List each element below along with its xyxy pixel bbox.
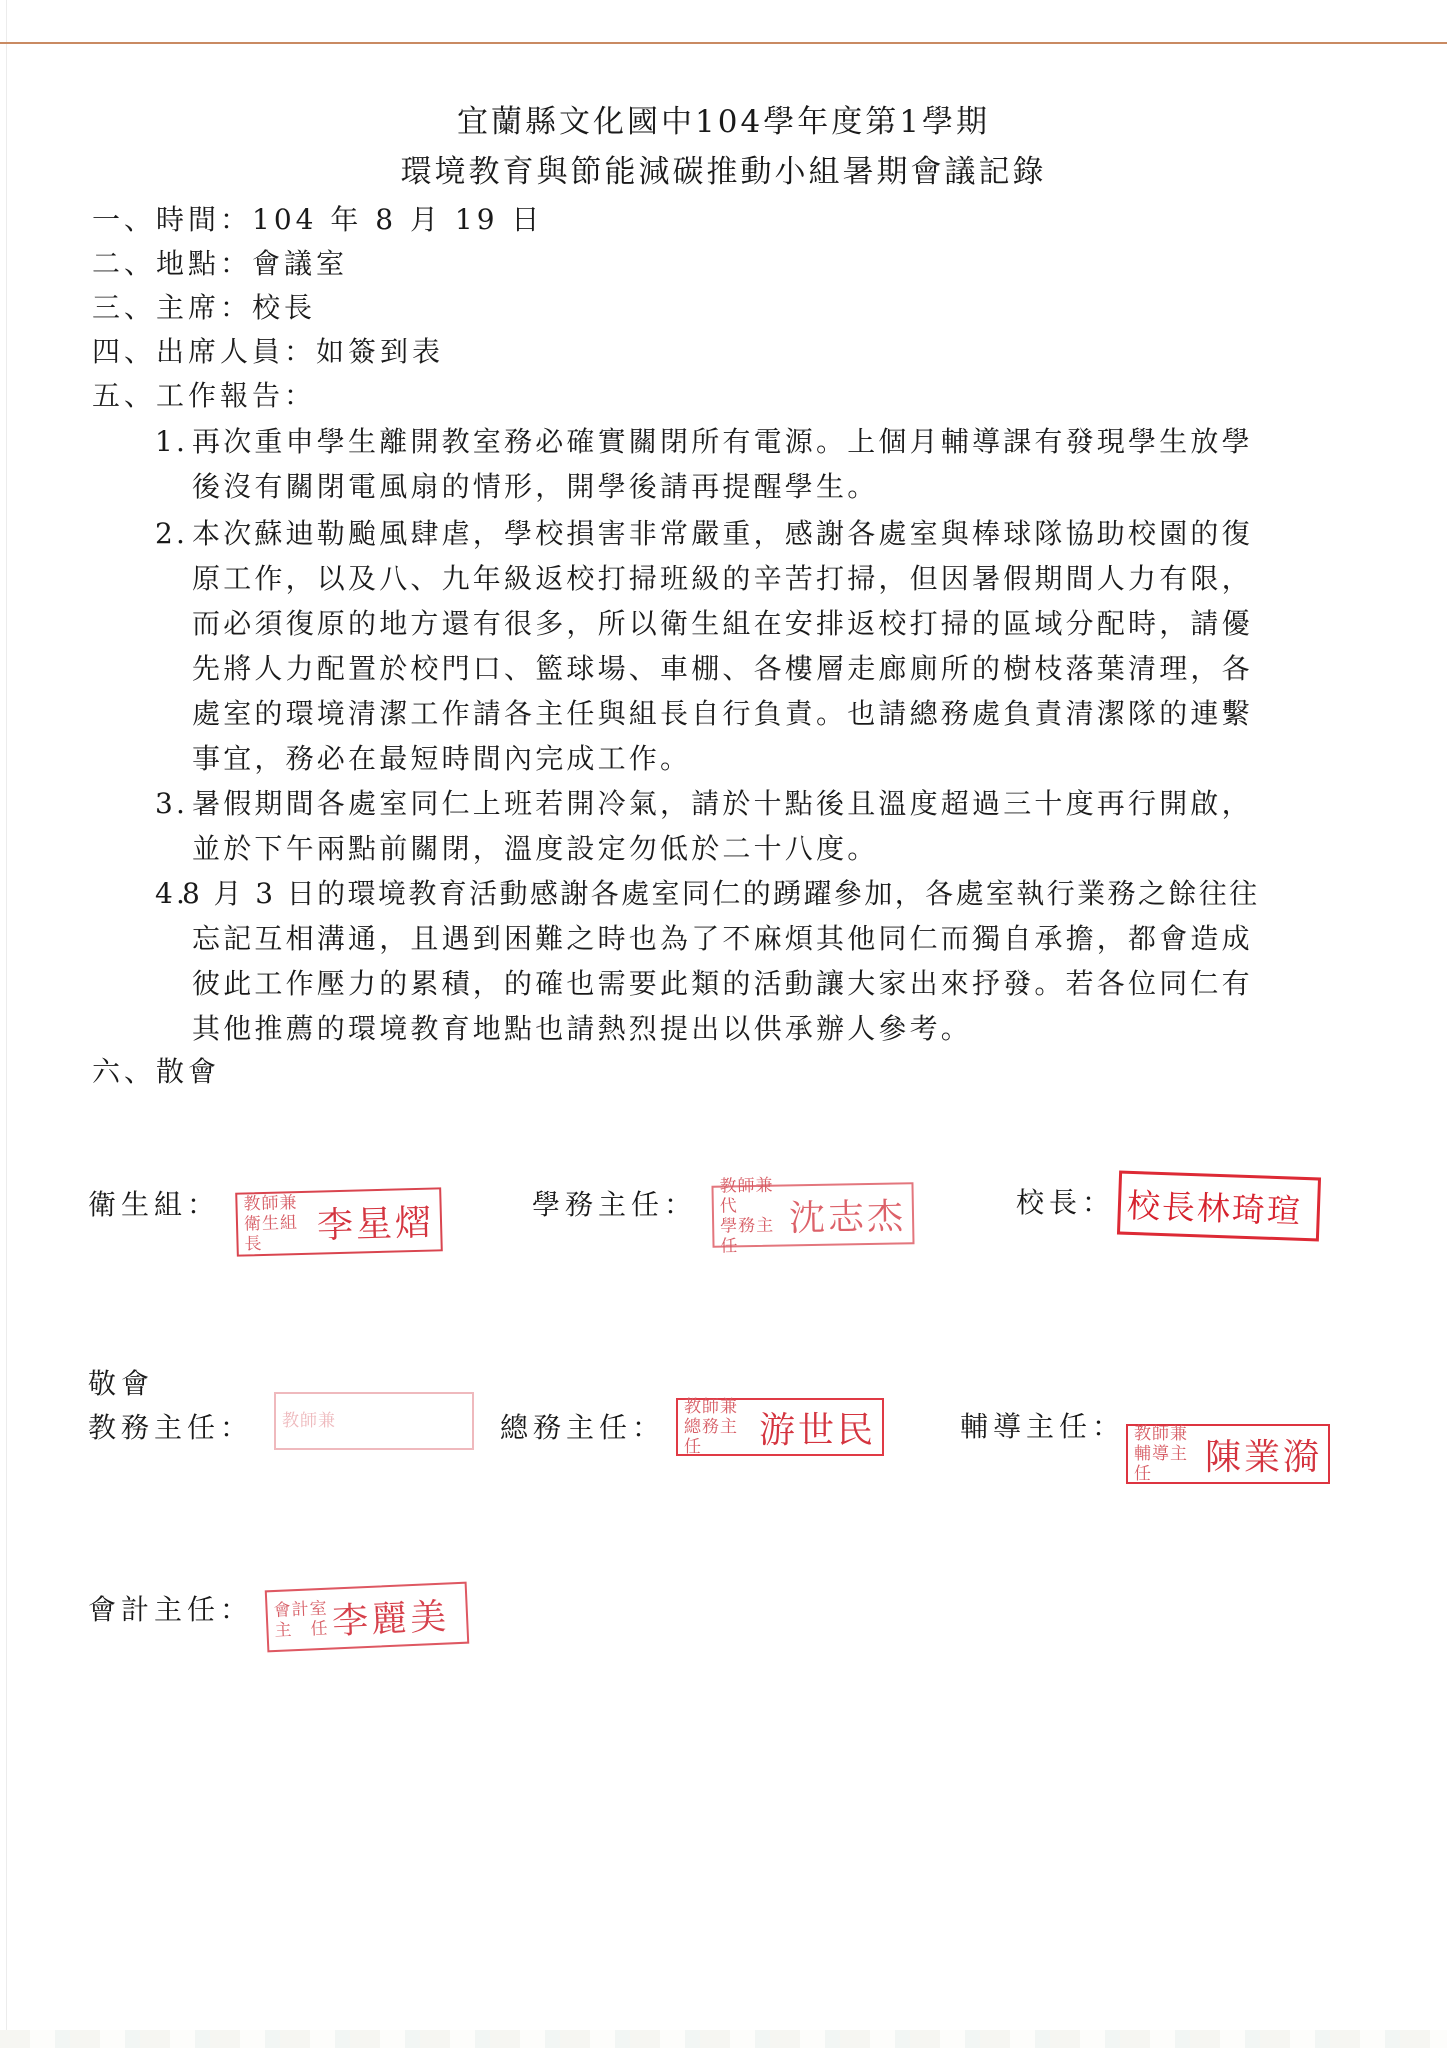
meta-value: 如簽到表 xyxy=(316,335,444,368)
meta-work-report: 五、工作報告： xyxy=(92,376,316,416)
meta-label: 三、主席： xyxy=(92,291,252,324)
stamp-title-line: 會計室 xyxy=(273,1599,328,1621)
stamp-name: 沈志杰 xyxy=(789,1188,907,1241)
stamp-academic-affairs: 教師兼 xyxy=(274,1392,474,1450)
meta-label: 一、時間： xyxy=(92,203,252,236)
sig-label-student-affairs: 學務主任： xyxy=(532,1185,697,1225)
meta-value: 校長 xyxy=(252,291,316,324)
item-number: 1. xyxy=(155,419,188,464)
meta-time: 一、時間：104 年 8 月 19 日 xyxy=(92,200,543,240)
item-line: 先將人力配置於校門口、籃球場、車棚、各樓層走廊廁所的樹枝落葉清理，各 xyxy=(192,646,1253,691)
stamp-title-line: 教師兼代 xyxy=(719,1175,785,1216)
stamp-name: 李星熠 xyxy=(316,1194,434,1248)
stamp-general-affairs: 教師兼 總務主任 游世民 xyxy=(676,1398,884,1456)
item-line: 彼此工作壓力的累積，的確也需要此類的活動讓大家出來抒發。若各位同仁有 xyxy=(192,961,1253,1006)
item-line: 處室的環境清潔工作請各主任與組長自行負責。也請總務處負責清潔隊的連繫 xyxy=(192,691,1253,736)
stamp-title-line: 教師兼 xyxy=(243,1193,312,1215)
stamp-title: 教師兼 衛生組長 xyxy=(243,1193,314,1255)
sig-label-health: 衛生組： xyxy=(88,1185,220,1225)
scan-artifact xyxy=(0,2030,1447,2048)
item-line: 忘記互相溝通，且遇到困難之時也為了不麻煩其他同仁而獨自承擔，都會造成 xyxy=(192,916,1253,961)
sig-label-counseling: 輔導主任： xyxy=(960,1407,1125,1447)
adjourn-line: 六、散會 xyxy=(92,1052,220,1092)
header-rule xyxy=(0,42,1447,44)
stamp-title: 會計室 主 任 xyxy=(273,1599,329,1641)
document-title: 宜蘭縣文化國中104學年度第1學期 xyxy=(0,102,1447,142)
item-line: 其他推薦的環境教育地點也請熱烈提出以供承辦人參考。 xyxy=(192,1006,972,1051)
stamp-title-line: 教師兼 xyxy=(282,1411,336,1431)
stamp-name: 校長林琦瑄 xyxy=(1126,1179,1303,1232)
stamp-name: 陳業漪 xyxy=(1205,1429,1322,1480)
stamp-title-line: 輔導主任 xyxy=(1134,1444,1201,1484)
meta-label: 二、地點： xyxy=(92,247,252,280)
stamp-principal: 校長林琦瑄 xyxy=(1117,1170,1321,1241)
stamp-title: 教師兼代 學務主任 xyxy=(719,1175,785,1256)
stamp-health: 教師兼 衛生組長 李星熠 xyxy=(235,1187,443,1256)
stamp-counseling: 教師兼 輔導主任 陳業漪 xyxy=(1126,1424,1330,1484)
sig-label-accounting: 會計主任： xyxy=(88,1590,253,1630)
document-subtitle: 環境教育與節能減碳推動小組暑期會議記錄 xyxy=(0,152,1447,192)
stamp-accounting: 會計室 主 任 李麗美 xyxy=(265,1582,470,1653)
item-line: 本次蘇迪勒颱風肆虐，學校損害非常嚴重，感謝各處室與棒球隊協助校園的復 xyxy=(192,511,1253,556)
item-line: 原工作，以及八、九年級返校打掃班級的辛苦打掃，但因暑假期間人力有限， xyxy=(192,556,1253,601)
sig-label-general-affairs: 總務主任： xyxy=(500,1408,665,1448)
stamp-title-line: 主 任 xyxy=(274,1619,329,1641)
stamp-student-affairs: 教師兼代 學務主任 沈志杰 xyxy=(711,1182,914,1248)
item-number: 2. xyxy=(155,511,188,556)
meta-value: 會議室 xyxy=(252,247,348,280)
meta-location: 二、地點：會議室 xyxy=(92,244,348,284)
stamp-title-line: 總務主任 xyxy=(684,1417,755,1457)
meta-label: 五、工作報告： xyxy=(92,379,316,412)
stamp-title-line: 教師兼 xyxy=(684,1397,755,1417)
meta-attendees: 四、出席人員：如簽到表 xyxy=(92,332,444,372)
stamp-title-line: 衛生組長 xyxy=(244,1213,314,1255)
meta-value: 104 年 8 月 19 日 xyxy=(252,203,543,236)
item-number: 3. xyxy=(155,781,188,826)
item-line: 8 月 3 日的環境教育活動感謝各處室同仁的踴躍參加，各處室執行業務之餘往往 xyxy=(182,871,1260,916)
scan-edge xyxy=(6,0,7,2048)
stamp-name: 游世民 xyxy=(759,1402,876,1453)
stamp-title: 教師兼 輔導主任 xyxy=(1134,1424,1201,1484)
stamp-name: 李麗美 xyxy=(331,1588,450,1644)
item-line: 後沒有關閉電風扇的情形，開學後請再提醒學生。 xyxy=(192,464,878,509)
item-line: 暑假期間各處室同仁上班若開冷氣，請於十點後且溫度超過三十度再行開啟， xyxy=(192,781,1253,826)
sig-label-principal: 校長： xyxy=(1016,1183,1115,1223)
respectfully-label: 敬會 xyxy=(88,1364,154,1404)
item-line: 並於下午兩點前關閉，溫度設定勿低於二十八度。 xyxy=(192,826,878,871)
item-line: 事宜，務必在最短時間內完成工作。 xyxy=(192,736,691,781)
stamp-title: 教師兼 總務主任 xyxy=(684,1397,755,1457)
stamp-title-line: 教師兼 xyxy=(1134,1424,1201,1444)
sig-label-academic-affairs: 教務主任： xyxy=(88,1408,253,1448)
meta-chair: 三、主席：校長 xyxy=(92,288,316,328)
item-line: 而必須復原的地方還有很多，所以衛生組在安排返校打掃的區域分配時，請優 xyxy=(192,601,1253,646)
item-line: 再次重申學生離開教室務必確實關閉所有電源。上個月輔導課有發現學生放學 xyxy=(192,419,1253,464)
stamp-title: 教師兼 xyxy=(282,1411,336,1431)
meta-label: 四、出席人員： xyxy=(92,335,316,368)
stamp-title-line: 學務主任 xyxy=(720,1215,786,1256)
